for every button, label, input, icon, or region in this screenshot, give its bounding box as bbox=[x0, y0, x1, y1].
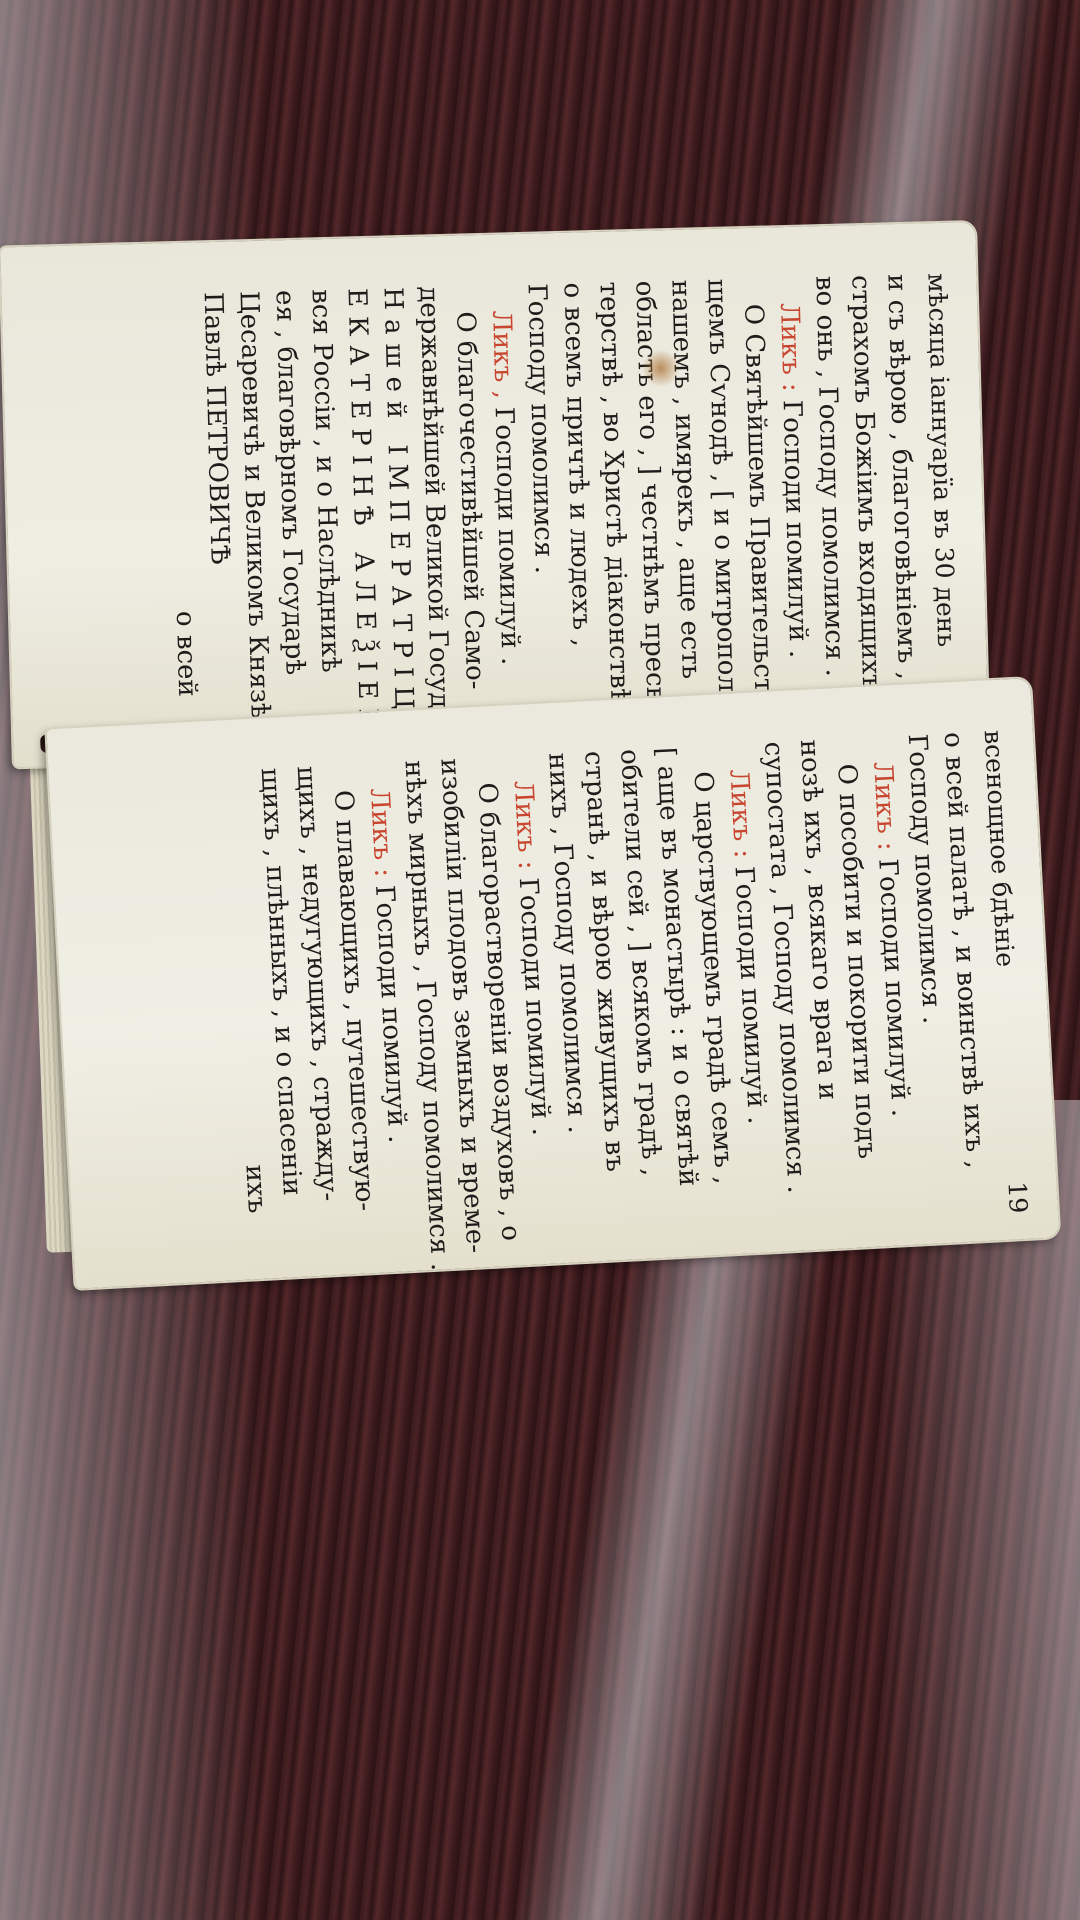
running-header: мѣсяца іаннуарїа въ 30 день bbox=[918, 273, 966, 718]
page-number: 19 bbox=[998, 1181, 1036, 1215]
right-page: всенощное бдѣніе 19 о всей палатѣ , и во… bbox=[46, 678, 1059, 1289]
rubric-label: Ликъ , bbox=[486, 310, 518, 399]
rubric-label: Ликъ : bbox=[867, 761, 902, 851]
rubric-label: Ликъ : bbox=[774, 303, 806, 393]
left-page: мѣсяца іаннуарїа въ 30 день и съ вѣрою ,… bbox=[0, 222, 988, 767]
rubric-label: Ликъ : bbox=[723, 769, 758, 859]
rubric-label: Ликъ : bbox=[364, 787, 399, 877]
text-line: Господи помилуй . bbox=[489, 407, 526, 666]
text-line: Господи помилуй . bbox=[777, 400, 814, 659]
rubric-label: Ликъ : bbox=[508, 780, 543, 870]
running-title: всенощное бдѣніе bbox=[975, 729, 1023, 968]
running-title: мѣсяца іаннуарїа въ 30 день bbox=[918, 273, 964, 648]
